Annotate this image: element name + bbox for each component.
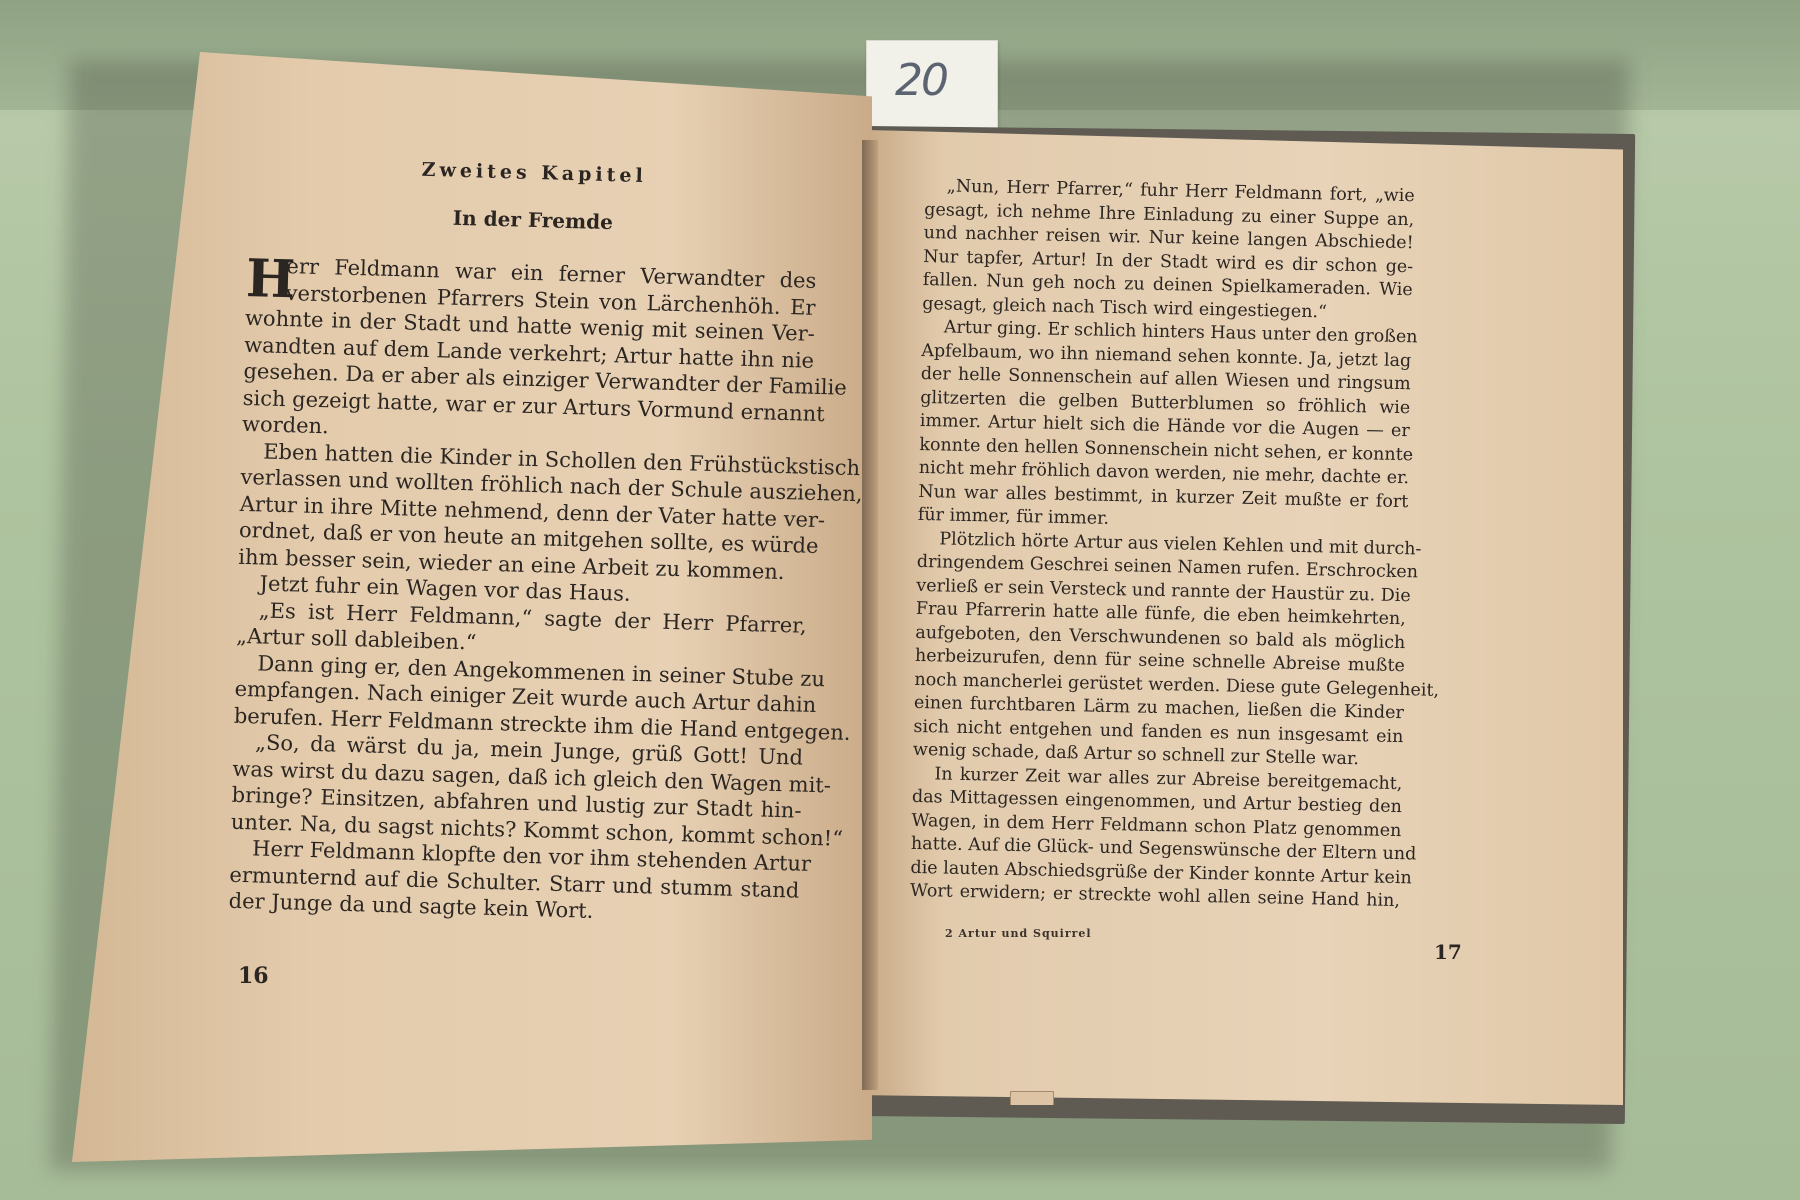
page-tab-notch: [1010, 1091, 1054, 1105]
chapter-title: In der Fremde: [248, 200, 818, 240]
printer-signature: 2 Artur und Squirrel: [945, 927, 1092, 940]
book-gutter: [862, 140, 878, 1090]
page-number-right: 17: [1434, 940, 1462, 964]
left-page-text: Zweites Kapitel In der Fremde H err Feld…: [228, 140, 819, 930]
drop-cap: H: [245, 254, 296, 305]
page-number-left: 16: [238, 963, 269, 989]
right-page-text: „Nun, Herr Pfarrer,“ fuhr Herr Feldmann …: [910, 175, 1415, 914]
chapter-heading: Zweites Kapitel: [249, 154, 819, 192]
number-sticker: 20: [866, 40, 998, 134]
sticker-label: 20: [895, 55, 947, 106]
